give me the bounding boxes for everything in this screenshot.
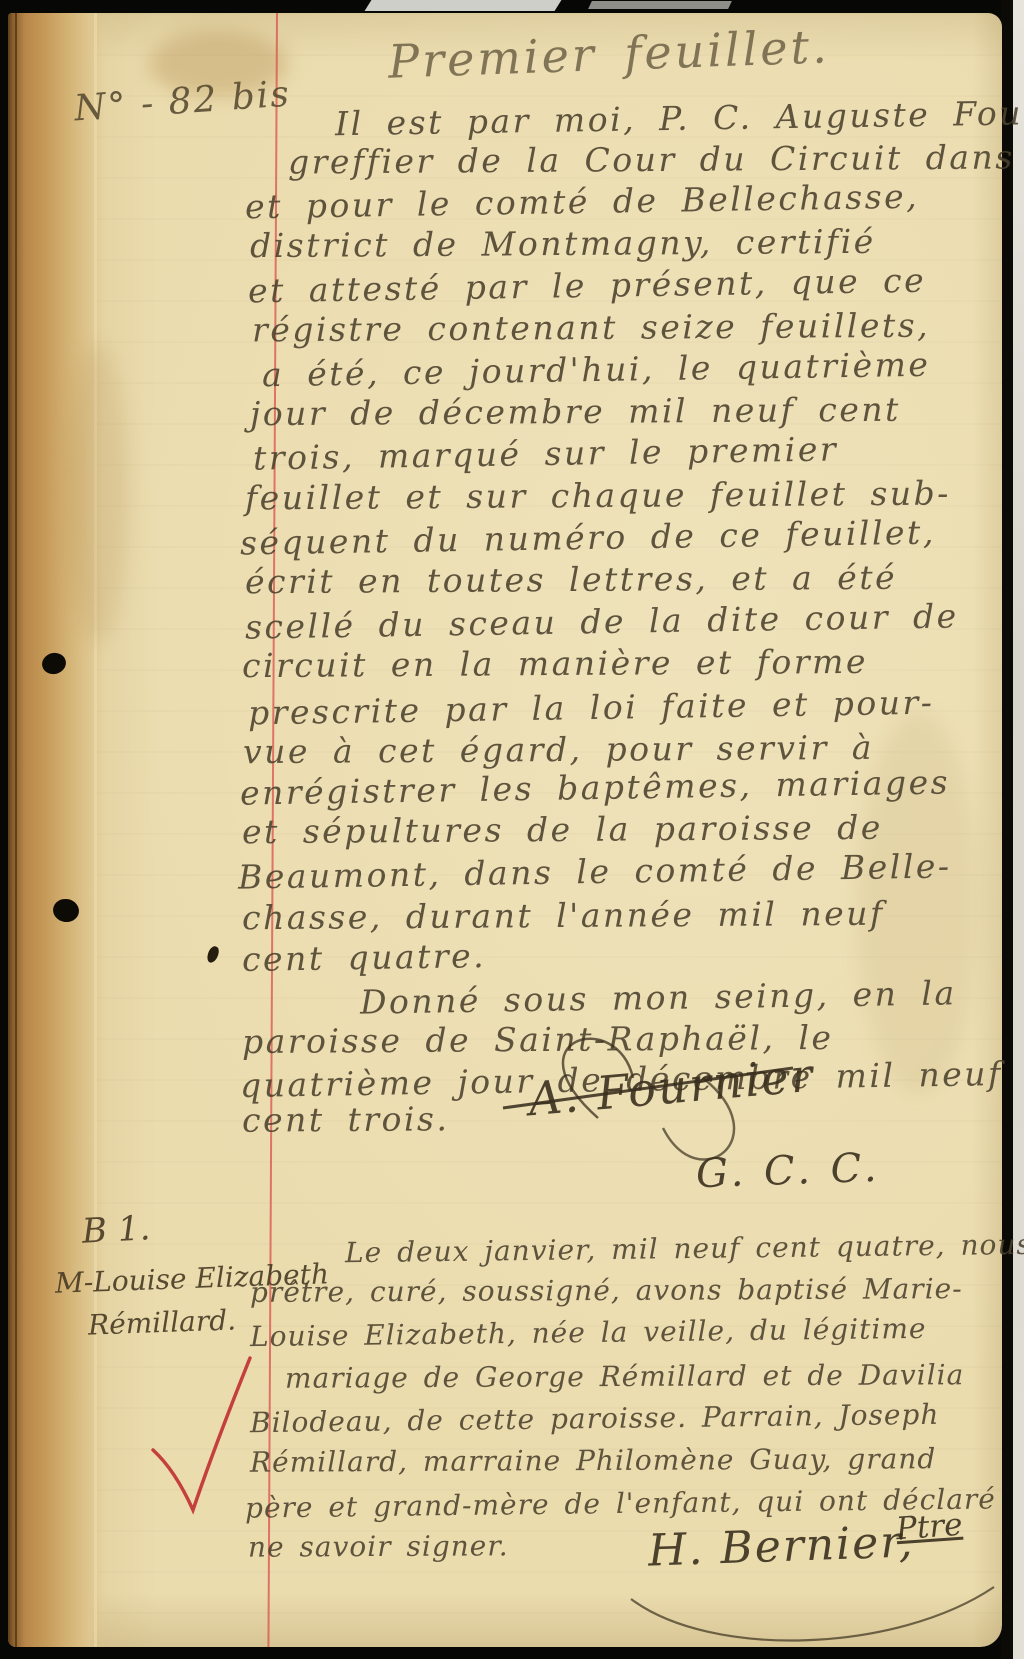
- entry-code: B 1.: [81, 1208, 151, 1252]
- certificate-line: écrit en toutes lettres, et a été: [245, 558, 897, 602]
- page-title: Premier feuillet.: [387, 19, 830, 88]
- book-page-edges-top-2: [588, 1, 732, 9]
- certificate-line: trois, marqué sur le premier: [253, 429, 839, 477]
- certificate-line: et attesté par le présent, que ce: [248, 261, 927, 311]
- folio-number: N° - 82 bis: [73, 73, 292, 129]
- entry-line: Le deux janvier, mil neuf cent quatre, n…: [345, 1228, 1024, 1270]
- certificate-line: Il est par moi, P. C. Auguste Fournier,: [335, 92, 1024, 143]
- register-page: Premier feuillet. N° - 82 bis Il est par…: [8, 13, 1002, 1647]
- ink-blot: [206, 945, 221, 964]
- certificate-line: et pour le comté de Bellechasse,: [245, 177, 920, 227]
- next-page-edge-right: [1013, 0, 1024, 1659]
- entry-margin-name-line2: Rémillard.: [87, 1303, 236, 1341]
- entry-line: prêtre, curé, soussigné, avons baptisé M…: [250, 1272, 963, 1309]
- entry-line: mariage de George Rémillard et de Davili…: [285, 1358, 964, 1395]
- priest-signature-flourish: [616, 1581, 1006, 1659]
- priest-title: Ptre: [895, 1507, 964, 1548]
- clerk-title-initials: G. C. C.: [695, 1145, 881, 1197]
- certificate-line: a été, ce jourd'hui, le quatrième: [262, 345, 931, 394]
- certificate-line: séquent du numéro de ce feuillet,: [240, 513, 936, 563]
- certificate-line: Beaumont, dans le comté de Belle-: [238, 846, 952, 896]
- certificate-line: et sépultures de la paroisse de: [242, 808, 883, 851]
- certificate-line: chasse, durant l'année mil neuf: [242, 894, 885, 937]
- entry-line: Louise Elizabeth, née la veille, du légi…: [250, 1312, 927, 1353]
- closing-line: Donné sous mon seing, en la: [360, 973, 957, 1021]
- certificate-line: cent quatre.: [242, 936, 487, 979]
- entry-line: Bilodeau, de cette paroisse. Parrain, Jo…: [250, 1398, 940, 1439]
- closing-line: cent trois.: [242, 1099, 450, 1139]
- entry-line: Rémillard, marraine Philomène Guay, gran…: [250, 1442, 936, 1479]
- certificate-line: district de Montmagny, certifié: [250, 222, 876, 265]
- register-scan: { "document": { "title": "Premier feuill…: [0, 0, 1024, 1659]
- certificate-line: régistre contenant seize feuillets,: [252, 306, 930, 350]
- priest-signature: H. Bernier,: [647, 1516, 915, 1576]
- red-checkmark: [145, 1350, 260, 1520]
- entry-line: ne savoir signer.: [248, 1529, 509, 1563]
- certificate-line: scellé du sceau de la dite cour de: [245, 596, 959, 646]
- paper-stain: [68, 343, 128, 643]
- certificate-line: jour de décembre mil neuf cent: [250, 390, 901, 434]
- book-page-edges-top: [365, 0, 562, 11]
- certificate-line: feuillet et sur chaque feuillet sub-: [245, 474, 951, 518]
- certificate-line: greffier de la Cour du Circuit dans: [288, 137, 1015, 181]
- binding-edge: [8, 13, 104, 1647]
- book-cover-edge-right: [1001, 0, 1013, 1659]
- certificate-line: circuit en la manière et forme: [242, 642, 868, 685]
- certificate-line: prescrite par la loi faite et pour-: [248, 683, 935, 733]
